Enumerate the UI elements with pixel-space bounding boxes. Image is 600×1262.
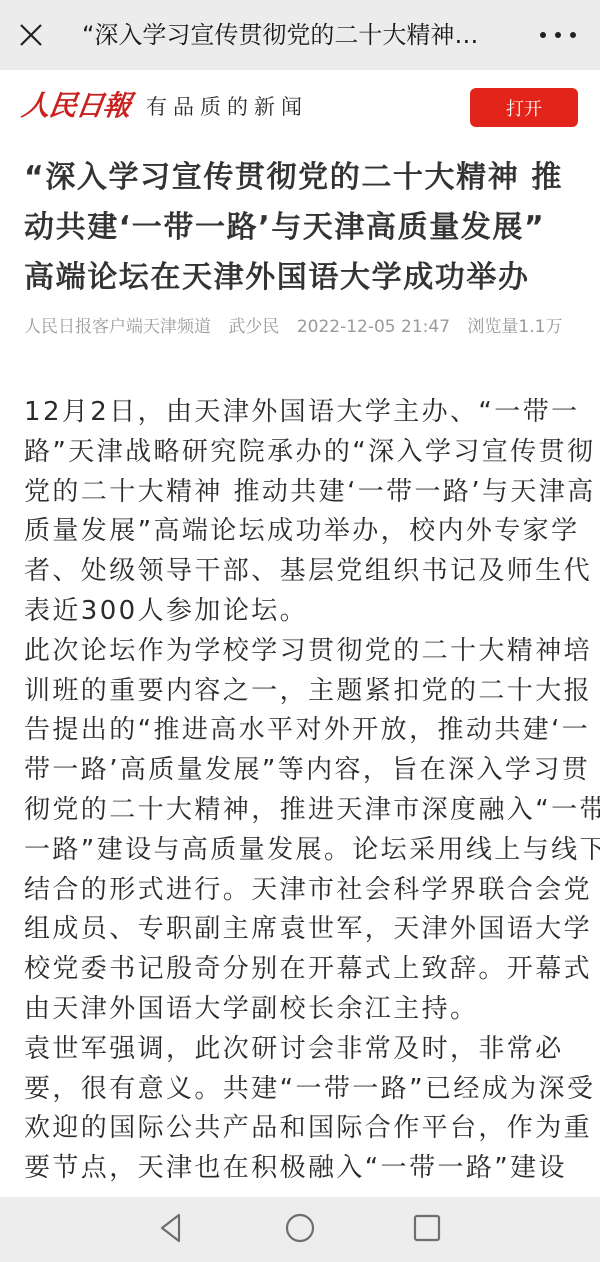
body-line: 欢迎的国际公共产品和国际合作平台，作为重: [24, 1109, 584, 1149]
more-horizontal-icon: [555, 32, 561, 38]
system-navigation-bar: [0, 1197, 600, 1262]
body-line: 彻党的二十大精神，推进天津市深度融入“一带: [24, 791, 584, 831]
article-headline: “深入学习宣传贯彻党的二十大精神 推 动共建‘一带一路’与天津高质量发展” 高端…: [24, 153, 584, 303]
browser-top-bar: “深入学习宣传贯彻党的二十大精神…: [0, 0, 600, 70]
article-body: 12月2日，由天津外国语大学主办、“一带一 路”天津战略研究院承办的“深入学习宣…: [24, 393, 584, 1189]
body-line: 表近300人参加论坛。: [24, 592, 584, 632]
more-horizontal-icon: [540, 32, 546, 38]
peoples-daily-logo: 人民日報: [19, 86, 133, 126]
body-line: 者、处级领导干部、基层党组织书记及师生代: [24, 552, 584, 592]
body-line: 12月2日，由天津外国语大学主办、“一带一: [24, 393, 584, 433]
brand-slogan: 有品质的新闻: [146, 90, 308, 124]
body-line: 结合的形式进行。天津市社会科学界联合会党: [24, 871, 584, 911]
body-line: 路”天津战略研究院承办的“深入学习宣传贯彻: [24, 433, 584, 473]
page-title: “深入学习宣传贯彻党的二十大精神…: [82, 18, 512, 52]
recents-square-icon: [410, 1211, 444, 1245]
headline-line: 高端论坛在天津外国语大学成功举办: [24, 253, 584, 303]
body-line: 要，很有意义。共建“一带一路”已经成为深受: [24, 1070, 584, 1110]
body-line: 党的二十大精神 推动共建‘一带一路’与天津高: [24, 473, 584, 513]
close-button[interactable]: [16, 20, 46, 50]
close-icon: [16, 20, 46, 50]
body-line: 校党委书记殷奇分别在开幕式上致辞。开幕式: [24, 950, 584, 990]
back-button[interactable]: [154, 1211, 188, 1245]
body-line: 由天津外国语大学副校长余江主持。: [24, 990, 584, 1030]
body-line: 告提出的“推进高水平对外开放，推动共建‘一: [24, 711, 584, 751]
app-promo-bar: 人民日報 有品质的新闻 打开: [0, 70, 600, 146]
body-line: 质量发展”高端论坛成功举办，校内外专家学: [24, 512, 584, 552]
body-line: 组成员、专职副主席袁世军，天津外国语大学: [24, 910, 584, 950]
body-line: 带一路’高质量发展”等内容，旨在深入学习贯: [24, 751, 584, 791]
body-line: 袁世军强调，此次研讨会非常及时，非常必: [24, 1030, 584, 1070]
body-line: 要节点，天津也在积极融入“一带一路”建设: [24, 1149, 584, 1189]
more-horizontal-icon: [570, 32, 576, 38]
headline-line: 动共建‘一带一路’与天津高质量发展”: [24, 203, 584, 253]
article-author: 武少民: [228, 317, 279, 337]
article-datetime: 2022-12-05 21:47: [297, 317, 450, 337]
home-button[interactable]: [283, 1211, 317, 1245]
body-line: 训班的重要内容之一，主题紧扣党的二十大报: [24, 672, 584, 712]
body-line: 一路”建设与高质量发展。论坛采用线上与线下: [24, 831, 584, 871]
article-source: 人民日报客户端天津频道: [24, 317, 211, 337]
home-circle-icon: [283, 1211, 317, 1245]
headline-line: “深入学习宣传贯彻党的二十大精神 推: [24, 153, 584, 203]
back-triangle-icon: [154, 1211, 188, 1245]
more-options-button[interactable]: [540, 22, 576, 48]
recents-button[interactable]: [410, 1211, 444, 1245]
article-views: 浏览量1.1万: [467, 317, 562, 337]
body-line: 此次论坛作为学校学习贯彻党的二十大精神培: [24, 632, 584, 672]
open-app-button[interactable]: 打开: [470, 88, 578, 127]
article-meta: 人民日报客户端天津频道 武少民 2022-12-05 21:47 浏览量1.1万: [24, 313, 584, 341]
